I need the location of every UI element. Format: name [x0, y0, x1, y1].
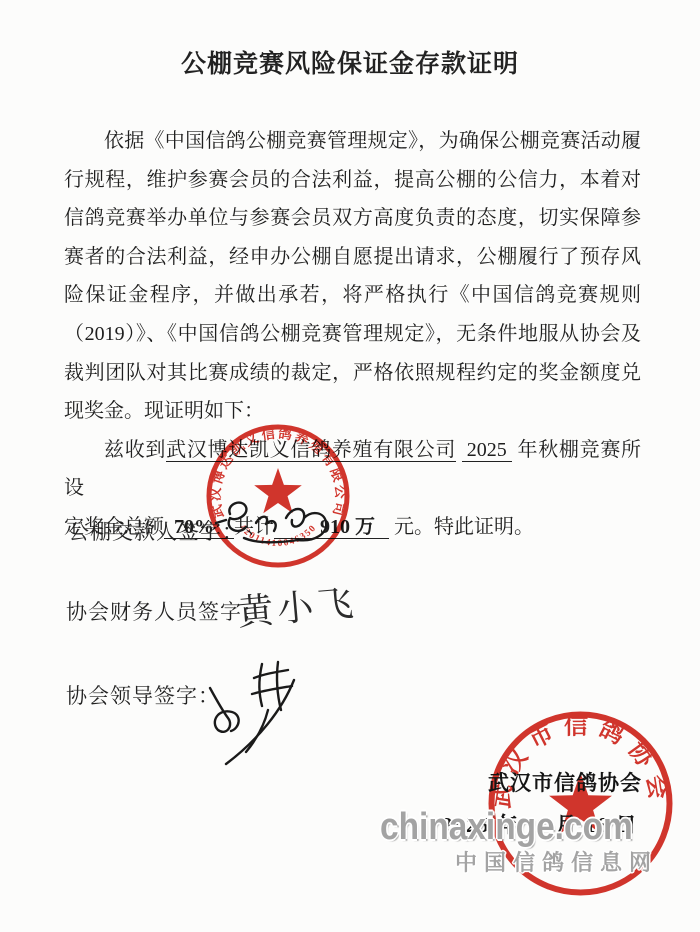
para2-suffix: 元。特此证明。	[394, 516, 534, 538]
certificate-page: 公棚竞赛风险保证金存款证明 依据《中国信鸽公棚竞赛管理规定》，为确保公棚竞赛活动…	[0, 0, 700, 932]
document-title: 公棚竞赛风险保证金存款证明	[0, 44, 700, 80]
watermark-url: chinaxinge.com	[380, 806, 633, 849]
issuer-name: 武汉市信鸽协会	[488, 767, 642, 797]
payer-handwritten-signature	[212, 492, 352, 556]
leader-handwritten-signature	[198, 652, 323, 774]
watermark-site-name: 中国信鸽信息网	[455, 846, 658, 877]
leader-signature-label: 协会领导签字：	[66, 680, 220, 710]
finance-signature-label: 协会财务人员签字：	[66, 596, 264, 626]
body-paragraph-1: 依据《中国信鸽公棚竞赛管理规定》，为确保公棚竞赛活动履行规程，维护参赛会员的合法…	[64, 122, 641, 431]
para2-prefix: 兹收到	[104, 439, 166, 461]
year-fill-in: 2025	[462, 439, 512, 462]
finance-handwritten-signature: 黄小飞	[235, 575, 359, 636]
